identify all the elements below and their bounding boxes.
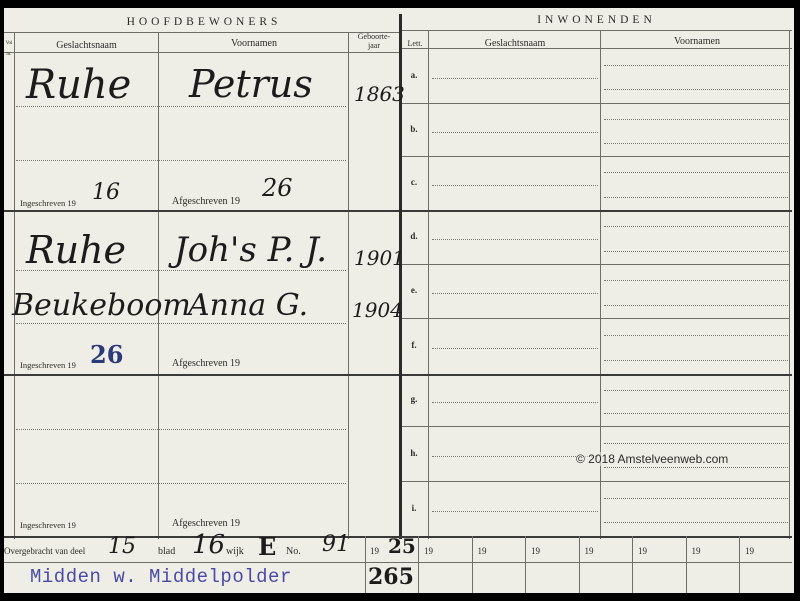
inw-surname-field <box>432 293 598 294</box>
inw-firstnames-field <box>604 522 788 523</box>
inw-firstnames-field <box>604 172 788 173</box>
inw-firstnames-field <box>604 65 788 66</box>
inw-col-divider-1 <box>428 30 429 539</box>
person-3-firstnames: Anna G. <box>188 288 308 323</box>
hoofdbewoners-title: HOOFDBEWONERS <box>14 16 394 28</box>
copyright-watermark: © 2018 Amstelveenweb.com <box>576 452 728 466</box>
inw-firstnames-field <box>604 335 788 336</box>
year-cell: 19 <box>424 546 433 556</box>
inw-block-separator-2 <box>402 374 792 376</box>
colhead-rule-left <box>4 52 399 53</box>
register-card: HOOFDBEWONERS INWONENDEN Vol nr. Geslach… <box>4 8 794 593</box>
inw-row-letter: a. <box>402 70 426 80</box>
inw-row-letter: b. <box>402 124 426 134</box>
deel-value: 15 <box>108 534 136 559</box>
inw-firstnames-field <box>604 390 788 391</box>
person-3-surname: Beukeboom <box>12 288 191 323</box>
year-cell: 19 <box>585 546 594 556</box>
inw-row-letter: f. <box>402 340 426 350</box>
inw-row-letter: g. <box>402 394 426 404</box>
ingeschreven-value-1: 16 <box>92 180 120 205</box>
surname-header: Geslachtsnaam <box>14 40 159 51</box>
inw-firstnames-field <box>604 143 788 144</box>
inw-firstnames-field <box>604 119 788 120</box>
inwonenden-title: INWONENDEN <box>404 14 789 26</box>
inw-firstnames-field <box>604 305 788 306</box>
inw-surname-field <box>432 78 598 79</box>
inw-firstnames-field <box>604 197 788 198</box>
person-3-birthyear: 1904 <box>352 298 403 322</box>
margin-header: Vol nr. <box>4 38 14 60</box>
afgeschreven-label-2: Afgeschreven 19 <box>172 358 240 369</box>
afgeschreven-value-1: 26 <box>262 174 293 202</box>
inw-surname-field <box>432 511 598 512</box>
inw-surname-field <box>432 185 598 186</box>
inw-row-letter: i. <box>402 503 426 513</box>
house-number: 265 <box>368 564 414 590</box>
letter-header: Lett. <box>402 38 428 49</box>
col-divider-1 <box>158 32 159 539</box>
person-1-firstnames: Petrus <box>189 62 313 106</box>
inw-firstnames-field <box>604 89 788 90</box>
ingeschreven-label-3: Ingeschreven 19 <box>20 520 76 530</box>
person-1-birthyear: 1863 <box>354 82 405 106</box>
header-rule-left <box>4 32 399 33</box>
blad-value: 16 <box>192 530 225 560</box>
block-separator-2 <box>4 374 399 376</box>
firstnames-header: Voornamen <box>159 38 349 49</box>
blad-label: blad <box>158 546 175 557</box>
afgeschreven-label-3: Afgeschreven 19 <box>172 518 240 529</box>
wijk-value: E <box>258 532 276 561</box>
inw-row-letter: e. <box>402 285 426 295</box>
inw-firstnames-field <box>604 467 788 468</box>
person-2-birthyear: 1901 <box>354 246 405 270</box>
inw-firstnames-field <box>604 360 788 361</box>
col-divider-2 <box>348 32 349 539</box>
year-cell: 19 <box>638 546 647 556</box>
inw-firstnames-field <box>604 226 788 227</box>
inw-surname-field <box>432 348 598 349</box>
ingeschreven-label-2: Ingeschreven 19 <box>20 360 76 370</box>
person-1-surname: Ruhe <box>26 62 131 108</box>
inw-block-separator-1 <box>402 210 792 212</box>
year-cell: 19 <box>478 546 487 556</box>
year-cell: 19 <box>692 546 701 556</box>
inw-firstnames-field <box>604 443 788 444</box>
inw-firstnames-field <box>604 251 788 252</box>
inw-firstnames-field <box>604 413 788 414</box>
inw-firstnames-header: Voornamen <box>602 36 792 47</box>
ingeschreven-label-1: Ingeschreven 19 <box>20 198 76 208</box>
no-label: No. <box>286 546 301 557</box>
footer-mid-rule <box>4 562 792 563</box>
year-cell: 19 <box>745 546 754 556</box>
overgebracht-label: Overgebracht van deel <box>4 546 85 556</box>
inw-row-letter: h. <box>402 448 426 458</box>
inw-firstnames-field <box>604 280 788 281</box>
header-rule-right <box>402 30 792 31</box>
no-value: 91 <box>322 532 350 557</box>
location-stamp: Midden w. Middelpolder <box>30 566 292 588</box>
inw-surname-header: Geslachtsnaam <box>430 38 600 49</box>
afgeschreven-label-1: Afgeschreven 19 <box>172 196 240 207</box>
year-cell: 19 <box>531 546 540 556</box>
wijk-label: wijk <box>226 546 244 557</box>
inw-firstnames-field <box>604 498 788 499</box>
ingeschreven-value-2: 26 <box>90 340 123 369</box>
person-2-surname: Ruhe <box>26 228 126 272</box>
birthyear-header: Geboorte- jaar <box>349 32 399 50</box>
inw-right-edge <box>789 30 790 539</box>
inw-row-letter: c. <box>402 177 426 187</box>
person-2-firstnames: Joh's P. J. <box>174 230 327 270</box>
block-separator-1 <box>4 210 399 212</box>
year-value: 25 <box>388 534 416 558</box>
margin-divider <box>14 32 15 539</box>
inw-row-letter: d. <box>402 231 426 241</box>
inw-surname-field <box>432 402 598 403</box>
year-prefix: 19 <box>370 546 379 556</box>
inw-surname-field <box>432 456 598 457</box>
inw-surname-field <box>432 239 598 240</box>
inw-surname-field <box>432 132 598 133</box>
